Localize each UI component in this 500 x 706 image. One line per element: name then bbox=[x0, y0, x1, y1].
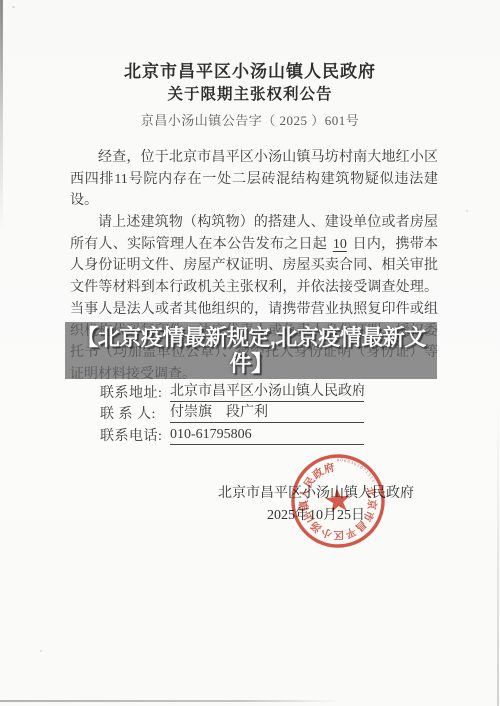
svg-text:北: 北 bbox=[363, 486, 377, 500]
contact-phone-value: 010-61795806 bbox=[170, 427, 364, 445]
notice-title-subject: 关于限期主张权利公告 bbox=[0, 82, 500, 104]
notice-title-org: 北京市昌平区小汤山镇人民政府 bbox=[0, 57, 500, 82]
seal-star-icon bbox=[321, 486, 354, 519]
contact-row-address: 联系地址: 北京市昌平区小汤山镇人民政府 bbox=[100, 380, 400, 402]
svg-text:府: 府 bbox=[322, 460, 336, 475]
contact-address-label: 联系地址: bbox=[100, 382, 166, 402]
svg-text:区: 区 bbox=[333, 528, 344, 541]
official-seal: 北京市昌平区小汤山镇人民政府 8068361071311 bbox=[283, 446, 393, 556]
scan-noise-speck bbox=[12, 6, 15, 8]
watermark-banner: 【北京疫情最新规定,北京疫情最新文 件】 bbox=[65, 322, 437, 379]
para2-deadline-days: 10 bbox=[331, 237, 349, 252]
svg-text:1: 1 bbox=[371, 478, 377, 483]
scan-noise-speck bbox=[466, 210, 468, 212]
contact-row-phone: 联系电话: 010-61795806 bbox=[100, 423, 400, 445]
watermark-text-line1: 【北京疫情最新规定,北京疫情最新文 bbox=[76, 325, 426, 351]
scanned-notice-page: 北京市昌平区小汤山镇人民政府 关于限期主张权利公告 京昌小汤山镇公告字（ 202… bbox=[0, 0, 500, 706]
contact-address-value: 北京市昌平区小汤山镇人民政府 bbox=[170, 380, 364, 402]
contact-phone-label: 联系电话: bbox=[100, 425, 166, 445]
notice-document-number: 京昌小汤山镇公告字（ 2025 ）601号 bbox=[0, 110, 500, 129]
contact-block: 联系地址: 北京市昌平区小汤山镇人民政府 联 系 人: 付崇旗 段广利 联系电话… bbox=[100, 380, 400, 445]
seal-code-digits: 8068361071311 bbox=[335, 452, 380, 485]
contact-person-label: 联 系 人: bbox=[100, 403, 166, 423]
notice-paragraph-1: 经查，位于北京市昌平区小汤山镇马坊村南大地红小区西四排11号院内存在一处二层砖混… bbox=[70, 147, 438, 212]
contact-person-value: 付崇旗 段广利 bbox=[170, 401, 364, 423]
contact-row-person: 联 系 人: 付崇旗 段广利 bbox=[100, 402, 400, 424]
watermark-text-line2: 件】 bbox=[229, 351, 272, 377]
scan-noise-speck bbox=[40, 650, 42, 652]
scan-bottom-edge-line bbox=[0, 700, 340, 702]
paragraph-text: 经查，位于北京市昌平区小汤山镇马坊村南大地红小区西四排11号院内存在一处二层砖混… bbox=[70, 147, 438, 212]
scan-right-edge-line bbox=[497, 400, 499, 706]
